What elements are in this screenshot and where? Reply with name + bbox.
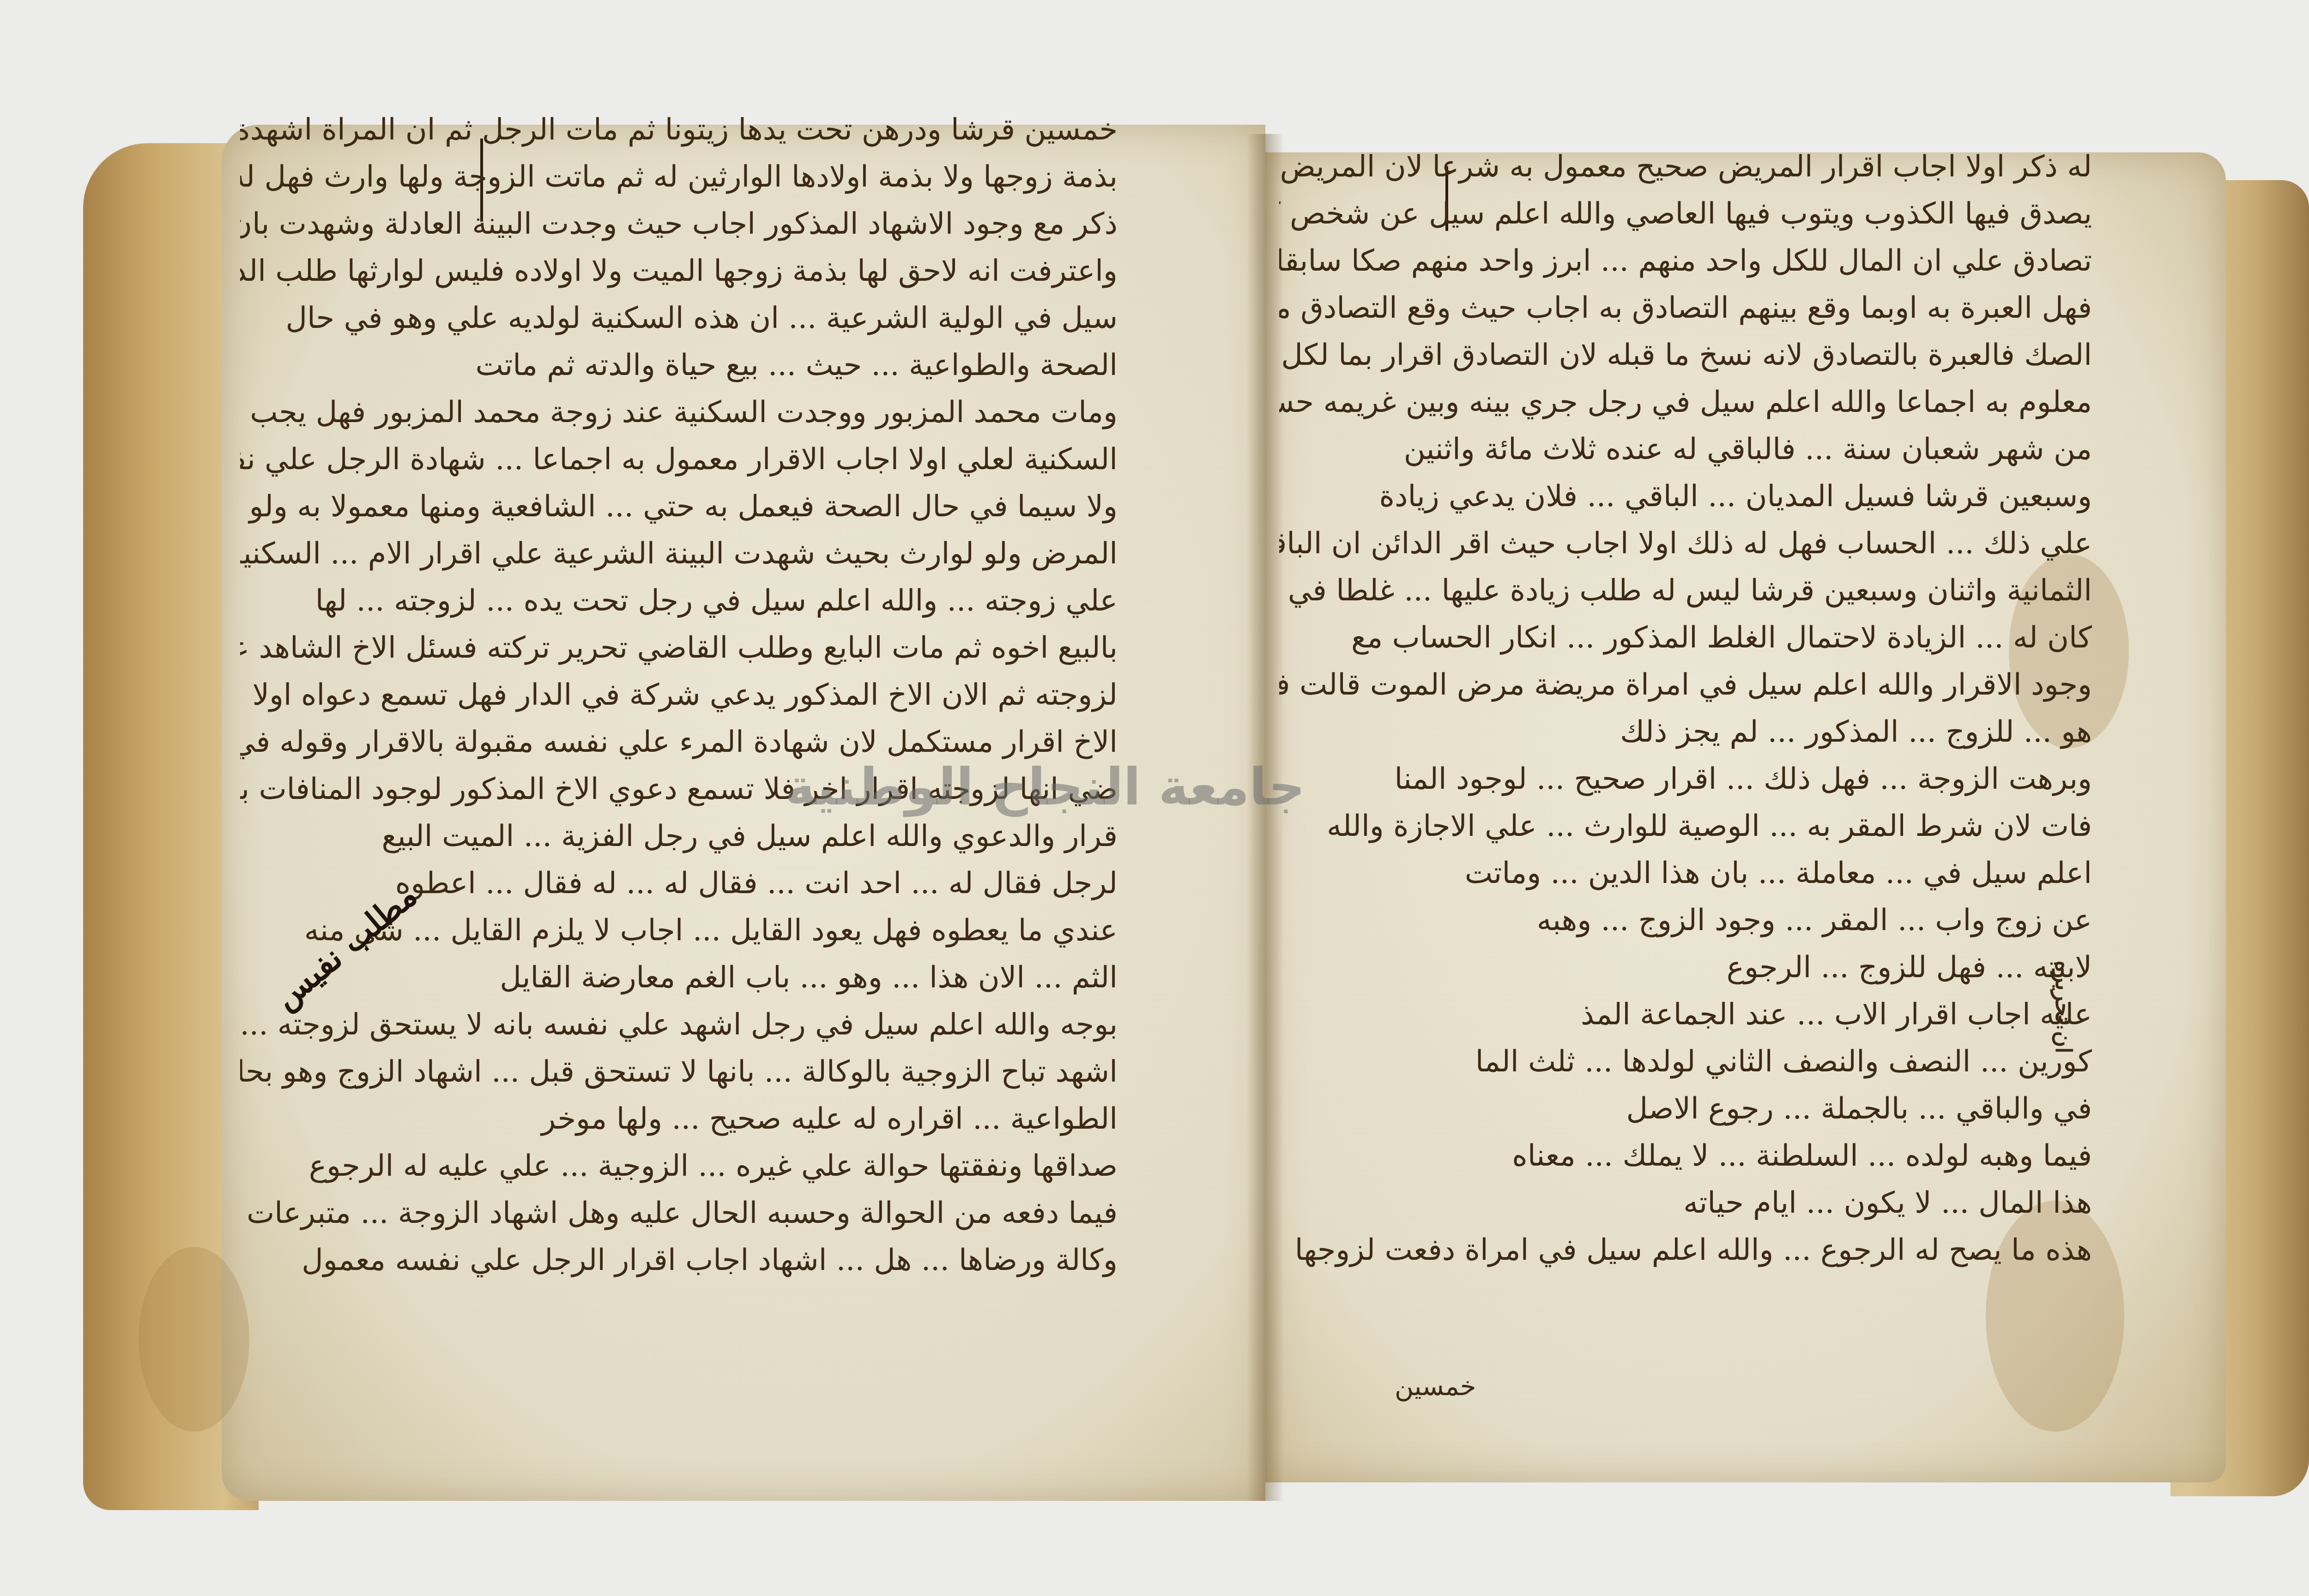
text-line: من شهر شعبان سنة ... فالباقي له عنده ثلا… bbox=[1279, 426, 2092, 473]
text-line: بوجه والله اعلم سيل في رجل اشهد علي نفسه… bbox=[240, 1001, 1118, 1048]
text-line: المرض ولو لوارث بحيث شهدت البينة الشرعية… bbox=[240, 530, 1118, 577]
text-line: بالبيع اخوه ثم مات البايع وطلب القاضي تح… bbox=[240, 624, 1118, 671]
right-margin-note: ان تحريره bbox=[2050, 961, 2076, 1053]
library-watermark: جامعة النجاح الوطنية bbox=[785, 757, 1305, 816]
text-line: الثم ... الان هذا ... وهو ... باب الغم م… bbox=[240, 954, 1118, 1001]
text-line: له ذكر اولا اجاب اقرار المريض صحيح معمول… bbox=[1279, 143, 2092, 190]
text-line: كان له ... الزيادة لاحتمال الغلط المذكور… bbox=[1279, 614, 2092, 661]
text-line: اعلم سيل في ... معاملة ... بان هذا الدين… bbox=[1279, 850, 2092, 897]
text-line: اشهد تباح الزوجية بالوكالة ... بانها لا … bbox=[240, 1048, 1118, 1095]
left-page-text: خمسين قرشا ودرهن تحت يدها زيتونا ثم مات … bbox=[240, 106, 1118, 1284]
text-line: علي زوجته ... والله اعلم سيل في رجل تحت … bbox=[240, 577, 1118, 624]
text-line: يصدق فيها الكذوب ويتوب فيها العاصي والله… bbox=[1279, 190, 2092, 237]
text-line: في والباقي ... بالجملة ... رجوع الاصل bbox=[1279, 1085, 2092, 1132]
text-line: صداقها ونفقتها حوالة علي غيره ... الزوجي… bbox=[240, 1143, 1118, 1190]
text-line: الطواعية ... اقراره له عليه صحيح ... وله… bbox=[240, 1095, 1118, 1143]
text-line: لابنته ... فهل للزوج ... الرجوع bbox=[1279, 944, 2092, 991]
text-line: الثمانية واثنان وسبعين قرشا ليس له طلب ز… bbox=[1279, 567, 2092, 614]
text-line: وبرهت الزوجة ... فهل ذلك ... اقرار صحيح … bbox=[1279, 756, 2092, 803]
text-line: هو ... للزوج ... المذكور ... لم يجز ذلك bbox=[1279, 708, 2092, 756]
text-line: وكالة ورضاها ... هل ... اشهاد اجاب اقرار… bbox=[240, 1237, 1118, 1284]
text-line: واعترفت انه لاحق لها بذمة زوجها الميت ول… bbox=[240, 248, 1118, 295]
text-line: هذا المال ... لا يكون ... ايام حياته bbox=[1279, 1179, 2092, 1227]
book-gutter bbox=[1247, 134, 1284, 1501]
text-line: قرار والدعوي والله اعلم سيل في رجل الفزي… bbox=[240, 813, 1118, 860]
text-line: وجود الاقرار والله اعلم سيل في امراة مري… bbox=[1279, 661, 2092, 708]
text-line: السكنية لعلي اولا اجاب الاقرار معمول به … bbox=[240, 436, 1118, 483]
text-line: عن زوج واب ... المقر ... وجود الزوج ... … bbox=[1279, 897, 2092, 944]
text-line: لزوجته ثم الان الاخ المذكور يدعي شركة في… bbox=[240, 671, 1118, 719]
water-stain bbox=[139, 1247, 249, 1432]
text-line: معلوم به اجماعا والله اعلم سيل في رجل جر… bbox=[1279, 379, 2092, 426]
text-line: ولا سيما في حال الصحة فيعمل به حتي ... ا… bbox=[240, 483, 1118, 530]
text-line: فيما وهبه لولده ... السلطنة ... لا يملك … bbox=[1279, 1132, 2092, 1179]
text-line: خمسين قرشا ودرهن تحت يدها زيتونا ثم مات … bbox=[240, 106, 1118, 153]
text-line: عليه اجاب اقرار الاب ... عند الجماعة الم… bbox=[1279, 991, 2092, 1038]
text-line: الصحة والطواعية ... حيث ... بيع حياة وال… bbox=[240, 342, 1118, 389]
text-line: فيما دفعه من الحوالة وحسبه الحال عليه وه… bbox=[240, 1190, 1118, 1237]
text-line: الصك فالعبرة بالتصادق لانه نسخ ما قبله ل… bbox=[1279, 332, 2092, 379]
text-line: ذكر مع وجود الاشهاد المذكور اجاب حيث وجد… bbox=[240, 200, 1118, 248]
text-line: هذه ما يصح له الرجوع ... والله اعلم سيل … bbox=[1279, 1227, 2092, 1274]
right-page-text: له ذكر اولا اجاب اقرار المريض صحيح معمول… bbox=[1279, 143, 2092, 1274]
text-line: وسبعين قرشا فسيل المديان ... الباقي ... … bbox=[1279, 473, 2092, 520]
text-line: فهل العبرة به اوبما وقع بينهم التصادق به… bbox=[1279, 284, 2092, 332]
catchword: خمسين bbox=[1395, 1372, 1476, 1402]
text-line: علي ذلك ... الحساب فهل له ذلك اولا اجاب … bbox=[1279, 520, 2092, 567]
text-line: كورين ... النصف والنصف الثاني لولدها ...… bbox=[1279, 1038, 2092, 1085]
text-line: بذمة زوجها ولا بذمة اولادها الوارثين له … bbox=[240, 153, 1118, 200]
text-line: فات لان شرط المقر به ... الوصية للوارث .… bbox=[1279, 803, 2092, 850]
text-line: سيل في الولية الشرعية ... ان هذه السكنية… bbox=[240, 295, 1118, 342]
text-line: تصادق علي ان المال للكل واحد منهم ... اب… bbox=[1279, 237, 2092, 284]
text-line: ومات محمد المزبور ووجدت السكنية عند زوجة… bbox=[240, 389, 1118, 436]
